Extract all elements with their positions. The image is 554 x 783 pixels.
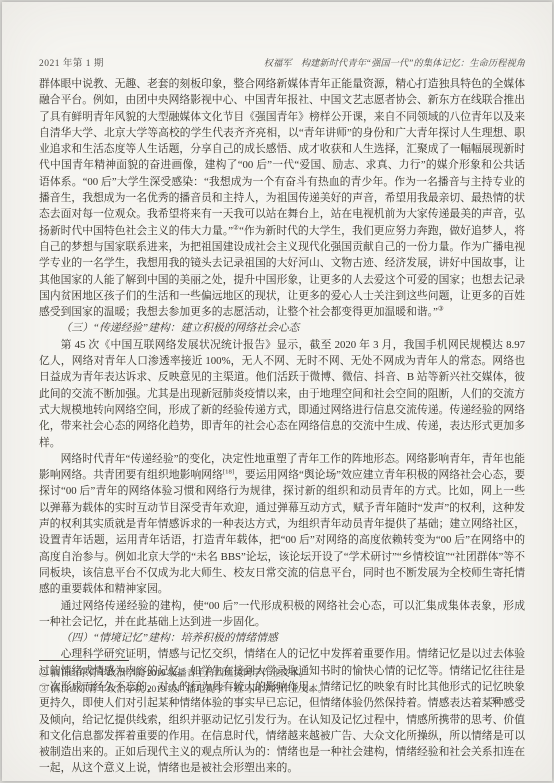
paragraph: 网络时代青年“传递经验”的变化，决定性地重塑了青年工作的阵地形态。网络影响青年，…: [39, 451, 525, 598]
page-number: · 37 ·: [482, 696, 510, 707]
paragraph-text: 群体眼中说教、无趣、老套的刻板印象，整合网络新媒体青年正能量资源，精心打造独具特…: [39, 78, 525, 237]
footnote-3: ③ 摘自山东青年政治学院 2019 级广播电视学一班马同学的作业文本。: [39, 683, 525, 699]
section-heading: （三）“传递经验”建构：建立积极的网络社会心态: [39, 320, 525, 336]
paragraph-text: （三）“传递经验”建构：建立积极的网络社会心态: [61, 322, 300, 334]
footnote-marker: [18]: [223, 469, 234, 476]
paragraph: 第 45 次《中国互联网络发展状况统计报告》显示，截至 2020 年 3 月，我…: [39, 337, 525, 451]
scanned-page: 2021 年第 1 期 权福军 构建新时代青年“强国一代”的集体记忆：生命历程视…: [2, 2, 552, 781]
paragraph: 通过网络传递经验的建构，使“00 后”一代形成积极的网络社会心态，可以汇集成集体…: [39, 598, 525, 631]
footnote-area: ② 摘自山东青年政治学院 2019 级播音主持四班吴同学作业文本。 ③ 摘自山东…: [39, 660, 525, 698]
paragraph-text: 第 45 次《中国互联网络发展状况统计报告》显示，截至 2020 年 3 月，我…: [39, 339, 525, 449]
running-title: 权福军 构建新时代青年“强国一代”的集体记忆：生命历程视角: [264, 55, 525, 69]
page-header: 2021 年第 1 期 权福军 构建新时代青年“强国一代”的集体记忆：生命历程视…: [39, 55, 525, 69]
section-heading: （四）“情境记忆”建构：培养积极的情绪情感: [39, 630, 525, 646]
journal-issue-label: 2021 年第 1 期: [39, 55, 104, 69]
footnote-marker: ③: [438, 306, 444, 313]
paragraph-text: （四）“情境记忆”建构：培养积极的情绪情感: [61, 632, 278, 644]
paragraph-text: ，要运用网络“舆论场”效应建立青年积极的网络社会心态，要探讨“00 后”青年的网…: [39, 469, 525, 595]
paragraph: 群体眼中说教、无趣、老套的刻板印象，整合网络新媒体青年正能量资源，精心打造独具特…: [39, 76, 525, 320]
paragraph-text: “作为新时代的大学生，我们更应努力奔跑，做好追梦人，将自己的梦想与国家联系进来，…: [39, 225, 525, 318]
paragraph-text: 通过网络传递经验的建构，使“00 后”一代形成积极的网络社会心态，可以汇集成集体…: [39, 600, 525, 628]
footnote-2: ② 摘自山东青年政治学院 2019 级播音主持四班吴同学作业文本。: [39, 667, 525, 683]
footnote-divider: [39, 660, 129, 661]
